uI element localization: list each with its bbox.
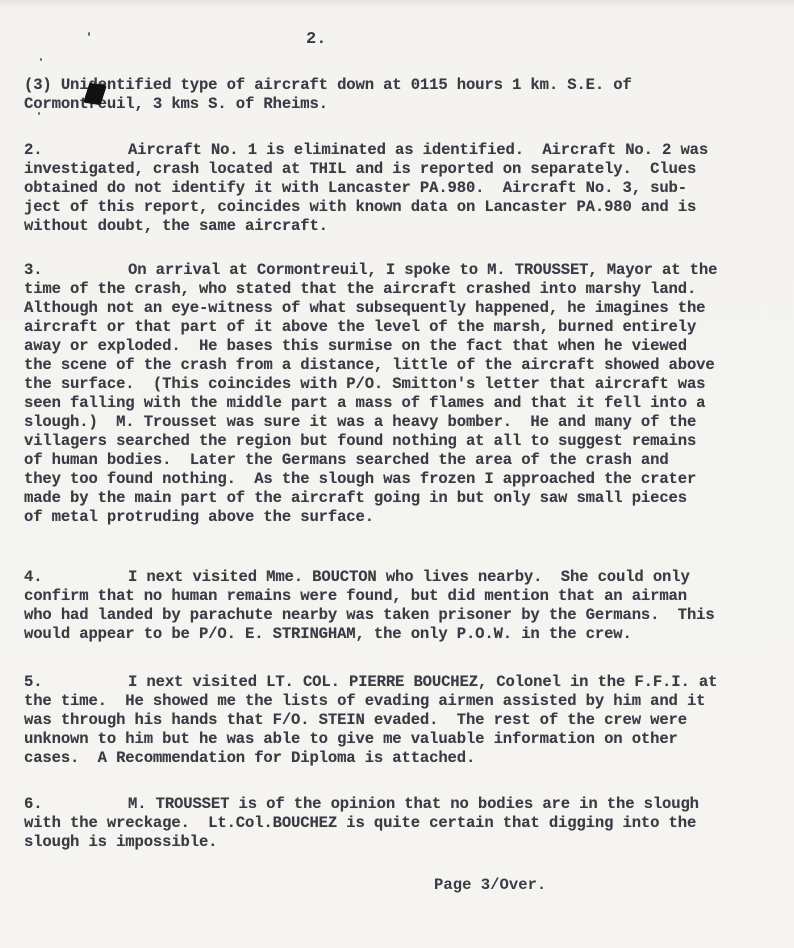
paragraph-line: without doubt, the same aircraft.: [24, 217, 328, 236]
paragraph-line: Although not an eye-witness of what subs…: [24, 299, 705, 318]
paragraph-line: they too found nothing. As the slough wa…: [24, 470, 696, 489]
paragraph-6-first-line: 6.M. TROUSSET is of the opinion that no …: [24, 795, 699, 814]
paragraph-2-first-line: 2.Aircraft No. 1 is eliminated as identi…: [24, 141, 708, 160]
paragraph-line: would appear to be P/O. E. STRINGHAM, th…: [24, 625, 632, 644]
paragraph-line: made by the main part of the aircraft go…: [24, 489, 687, 508]
header-item-line: (3) Unidentified type of aircraft down a…: [24, 76, 632, 95]
paragraph-number: 2.: [24, 141, 128, 160]
paragraph-line: investigated, crash located at THIL and …: [24, 160, 696, 179]
paragraph-line: cases. A Recommendation for Diploma is a…: [24, 749, 475, 768]
paragraph-number: 5.: [24, 673, 128, 692]
paragraph-line: of human bodies. Later the Germans searc…: [24, 451, 669, 470]
paragraph-3-first-line: 3.On arrival at Cormontreuil, I spoke to…: [24, 261, 717, 280]
paragraph-line: unknown to him but he was able to give m…: [24, 730, 678, 749]
paragraph-line: the time. He showed me the lists of evad…: [24, 692, 705, 711]
paragraph-line: ject of this report, coincides with know…: [24, 198, 696, 217]
paragraph-number: 3.: [24, 261, 128, 280]
paragraph-line: villagers searched the region but found …: [24, 432, 696, 451]
paragraph-line: away or exploded. He bases this surmise …: [24, 337, 687, 356]
paragraph-line: time of the crash, who stated that the a…: [24, 280, 696, 299]
paragraph-number: 6.: [24, 795, 128, 814]
page-number: 2.: [306, 30, 326, 49]
paragraph-line: seen falling with the middle part a mass…: [24, 394, 705, 413]
header-item-line: Cormontreuil, 3 kms S. of Rheims.: [24, 95, 328, 114]
paper-speck: [88, 32, 90, 36]
paragraph-line: who had landed by parachute nearby was t…: [24, 606, 715, 625]
paragraph-line: the surface. (This coincides with P/O. S…: [24, 375, 705, 394]
paragraph-line: the scene of the crash from a distance, …: [24, 356, 715, 375]
paragraph-line: confirm that no human remains were found…: [24, 587, 687, 606]
paragraph-number: 4.: [24, 568, 128, 587]
paragraph-line: slough is impossible.: [24, 833, 217, 852]
paragraph-line: was through his hands that F/O. STEIN ev…: [24, 711, 687, 730]
paper-speck: [40, 58, 42, 61]
paragraph-line: slough.) M. Trousset was sure it was a h…: [24, 413, 696, 432]
paragraph-4-first-line: 4.I next visited Mme. BOUCTON who lives …: [24, 568, 690, 587]
paragraph-line: of metal protruding above the surface.: [24, 508, 374, 527]
paragraph-line: aircraft or that part of it above the le…: [24, 318, 696, 337]
typewritten-document-page: 2. (3) Unidentified type of aircraft dow…: [0, 0, 794, 948]
paragraph-line: obtained do not identify it with Lancast…: [24, 179, 687, 198]
paragraph-line: with the wreckage. Lt.Col.BOUCHEZ is qui…: [24, 814, 696, 833]
page-continuation-footer: Page 3/Over.: [434, 876, 546, 894]
paragraph-5-first-line: 5.I next visited LT. COL. PIERRE BOUCHEZ…: [24, 673, 717, 692]
